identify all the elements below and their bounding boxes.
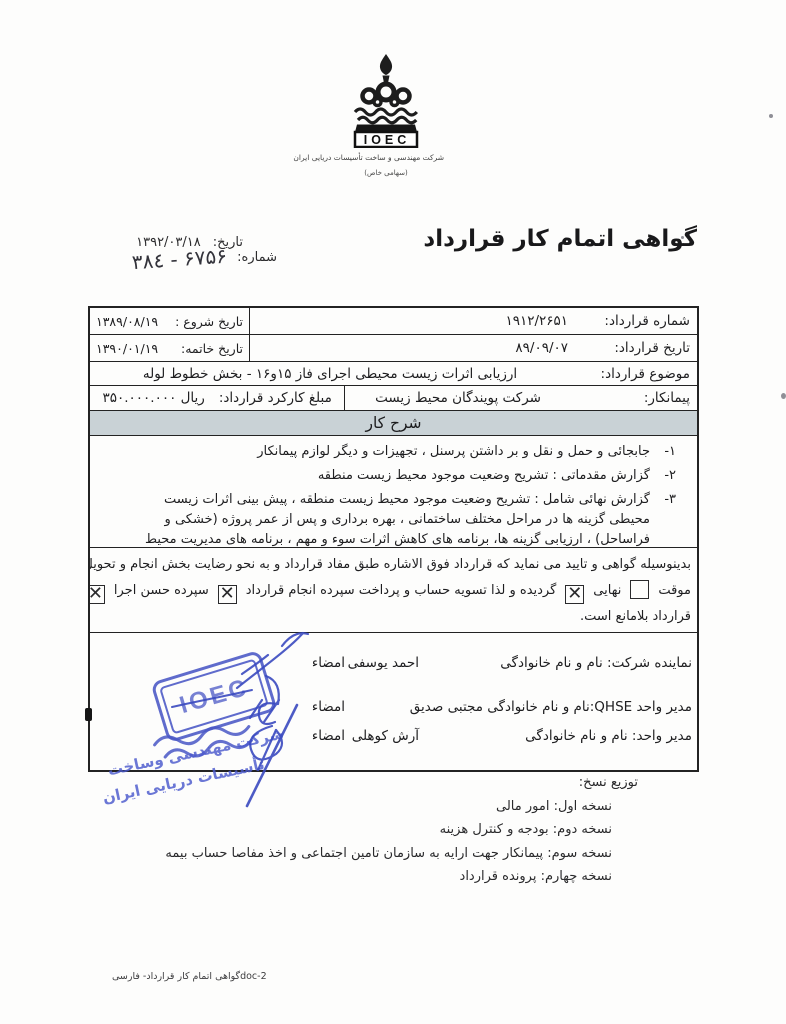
contract-no-label: شماره قرارداد:	[570, 313, 697, 329]
checkbox-temporary	[630, 580, 649, 599]
signature-role-label: مدیر واحد: نام و نام خانوادگی	[525, 728, 692, 744]
end-date-label: تاریخ خاتمه:	[181, 341, 243, 356]
number-label: شماره:	[237, 250, 277, 265]
number-value-handwritten: ۳۸٤ - ۶۷۵۶	[131, 244, 228, 275]
distribution-line: نسخه اول: امور مالی	[165, 795, 612, 819]
logo-org-type: (سهامی خاص)	[328, 169, 444, 177]
start-date-cell: تاریخ شروع : ۱۳۸۹/۰۸/۱۹	[90, 308, 250, 334]
end-date-value: ۱۳۹۰/۰۱/۱۹	[96, 341, 158, 356]
contract-no-value: ۱۹۱۲/۲۶۵۱	[505, 313, 568, 329]
checkbox-final: ✕	[565, 585, 584, 604]
distribution-line: نسخه سوم: پیمانکار جهت ارایه به سازمان ت…	[165, 842, 612, 866]
signer-name: آرش کوهلی	[352, 728, 419, 744]
work-item-number: ۱-	[650, 442, 676, 462]
header-number: شماره: ۳۸٤ - ۶۷۵۶	[132, 250, 277, 274]
table-row-subject: موضوع قرارداد: ارزیابی اثرات زیست محیطی …	[90, 362, 697, 386]
contract-date-value: ۸۹/۰۹/۰۷	[515, 340, 568, 356]
signer-name: احمد یوسفی	[348, 655, 419, 671]
option-final-label: نهایی	[593, 583, 621, 598]
scan-speck	[769, 114, 773, 118]
contractor-value: شرکت پویندگان محیط زیست	[345, 390, 571, 406]
contract-date-label: تاریخ قرارداد:	[570, 340, 697, 356]
start-date-value: ۱۳۸۹/۰۸/۱۹	[96, 314, 158, 329]
scan-speck	[781, 393, 786, 399]
work-item-text: گزارش مقدماتی : تشریح وضعیت موجود محیط ز…	[98, 466, 650, 486]
ioec-logo: IOEC شرکت مهندسی و ساخت تأسیسات دریایی ا…	[328, 52, 444, 177]
signature-label: امضاء	[312, 728, 345, 744]
ioec-torch-icon: IOEC	[343, 52, 429, 148]
option-temporary-label: موقت	[658, 583, 691, 598]
distribution-section: توزیع نسخ: نسخه اول: امور مالی نسخه دوم:…	[165, 771, 638, 889]
stamp-wordmark: IOEC	[176, 673, 252, 719]
scanned-certificate-page: IOEC شرکت مهندسی و ساخت تأسیسات دریایی ا…	[0, 0, 786, 1024]
logo-org-name: شرکت مهندسی و ساخت تأسیسات دریایی ایران	[328, 153, 444, 162]
confirmation-line2: موقتنهایی✕گردیده و لذا تسویه حساب و پردا…	[96, 578, 691, 604]
end-date-cell: تاریخ خاتمه: ۱۳۹۰/۰۱/۱۹	[90, 335, 250, 361]
scan-ink-blob	[85, 708, 92, 721]
start-date-label: تاریخ شروع :	[175, 314, 243, 329]
confirmation-mid-text: گردیده و لذا تسویه حساب و پرداخت سپرده ا…	[246, 583, 557, 598]
work-description-header: شرح کار	[90, 411, 697, 436]
amount-label: مبلغ کارکرد قرارداد:	[219, 390, 332, 406]
checkbox-good-performance: ✕	[90, 585, 105, 604]
amount-value: ۳۵۰.۰۰۰.۰۰۰ ریال	[102, 390, 204, 406]
signature-label: امضاء	[312, 699, 345, 715]
work-item: ۲- گزارش مقدماتی : تشریح وضعیت موجود محی…	[98, 466, 676, 486]
work-item: ۱- جابجائی و حمل و نقل و بر داشتن پرسنل …	[98, 442, 676, 462]
table-row-contractor: پیمانکار: شرکت پویندگان محیط زیست مبلغ ک…	[90, 386, 697, 411]
confirmation-section: بدینوسیله گواهی و تایید می نماید که قرار…	[90, 548, 697, 633]
distribution-line: نسخه دوم: بودجه و کنترل هزینه	[165, 818, 612, 842]
footer-filename: doc-2گواهی اتمام کار قرارداد- فارسی	[112, 971, 267, 982]
signature-label: امضاء	[312, 655, 345, 671]
logo-wordmark: IOEC	[364, 133, 411, 147]
work-item-number: ۲-	[650, 466, 676, 486]
work-description-list: ۱- جابجائی و حمل و نقل و بر داشتن پرسنل …	[90, 436, 697, 548]
distribution-line: نسخه چهارم: پرونده قرارداد	[165, 865, 612, 889]
confirmation-line3: قرارداد بلامانع است.	[96, 604, 691, 630]
amount-cell: مبلغ کارکرد قرارداد: ۳۵۰.۰۰۰.۰۰۰ ریال	[90, 386, 345, 410]
subject-value: ارزیابی اثرات زیست محیطی اجرای فاز ۱۵و۱۶…	[90, 366, 570, 382]
signature-row-company-representative: نماینده شرکت: نام و نام خانوادگی احمد یو…	[90, 655, 697, 675]
distribution-lines: نسخه اول: امور مالی نسخه دوم: بودجه و کن…	[165, 795, 638, 889]
signature-role-label: مدیر واحد QHSE:نام و نام خانوادگی مجتبی …	[410, 699, 692, 715]
work-item-text: جابجائی و حمل و نقل و بر داشتن پرسنل ، ت…	[98, 442, 650, 462]
work-item: ۳- گزارش نهائی شامل : تشریح وضعیت موجود …	[98, 490, 676, 548]
table-row-contract-date: تاریخ قرارداد: ۸۹/۰۹/۰۷ تاریخ خاتمه: ۱۳۹…	[90, 335, 697, 362]
option-guarantee-label: سپرده حسن اجرا	[114, 583, 209, 598]
subject-label: موضوع قرارداد:	[570, 366, 697, 382]
work-item-number: ۳-	[650, 490, 676, 548]
signature-role-label: نماینده شرکت: نام و نام خانوادگی	[500, 655, 692, 671]
contractor-label: پیمانکار:	[571, 390, 697, 406]
work-item-text: گزارش نهائی شامل : تشریح وضعیت موجود محی…	[98, 490, 650, 548]
checkbox-performance-deposit: ✕	[218, 585, 237, 604]
confirmation-line1: بدینوسیله گواهی و تایید می نماید که قرار…	[96, 552, 691, 578]
table-row-contract-no: شماره قرارداد: ۱۹۱۲/۲۶۵۱ تاریخ شروع : ۱۳…	[90, 308, 697, 335]
document-title: گواهی اتمام کار قرارداد	[423, 226, 697, 252]
scan-speck	[681, 236, 684, 239]
